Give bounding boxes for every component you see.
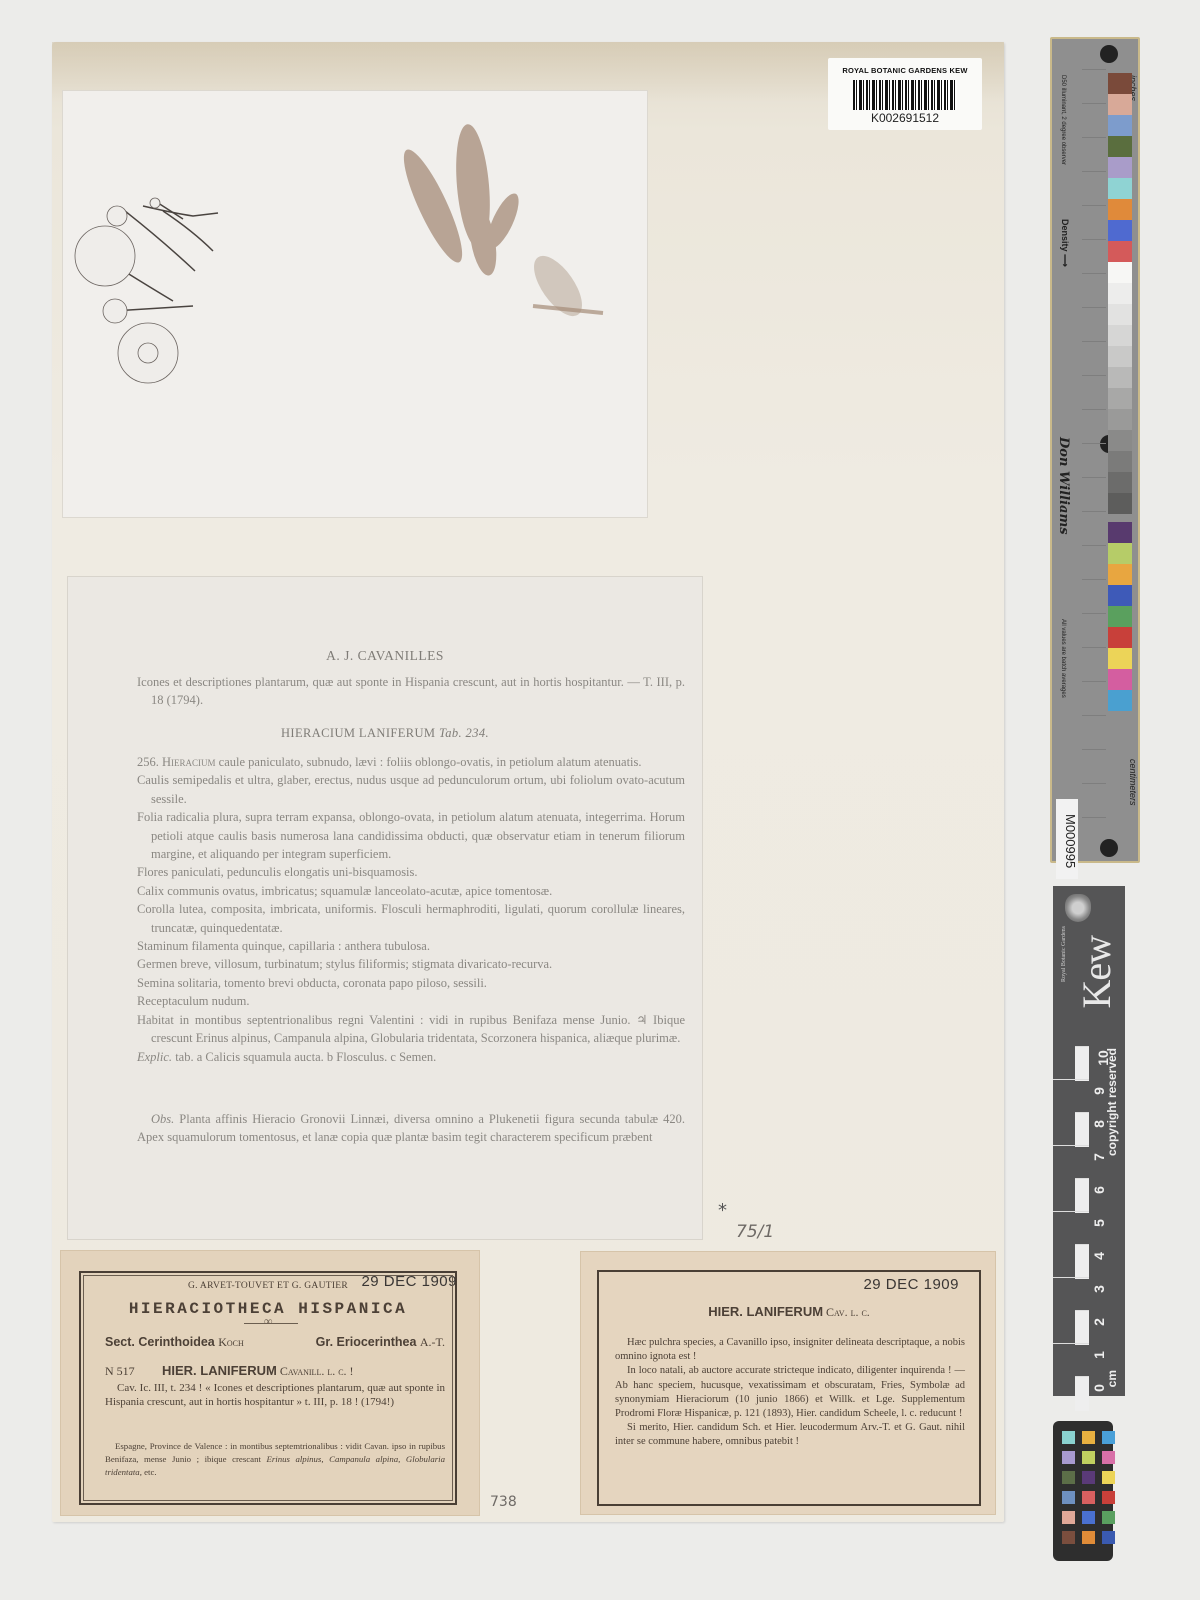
- taxon-name: HIER. LANIFERUM: [162, 1363, 277, 1378]
- ruler-segment: [1053, 1211, 1089, 1246]
- checker-cell: [1062, 1431, 1075, 1444]
- color-calibration-strip: inches D50 illuminant, 2 degree observer…: [1050, 37, 1140, 863]
- checker-cell: [1062, 1471, 1075, 1484]
- barcode-label: ROYAL BOTANIC GARDENS KEW K002691512: [828, 58, 982, 130]
- label-frame: 29 DEC 1909 HIER. LANIFERUM Cav. l. c. H…: [597, 1270, 981, 1506]
- color-patch: [1108, 648, 1132, 669]
- checker-cell: [1062, 1451, 1075, 1464]
- group: Gr. Eriocerinthea A.-T.: [316, 1335, 445, 1350]
- checker-cell: [1102, 1531, 1115, 1544]
- institution-name: ROYAL BOTANIC GARDENS KEW: [828, 66, 982, 75]
- label-frame: G. ARVET-TOUVET ET G. GAUTIER 29 DEC 190…: [79, 1271, 457, 1505]
- species-name: HIERACIUM LANIFERUM: [281, 726, 435, 740]
- description-paragraph: Germen breve, villosum, turbinatum; styl…: [137, 955, 685, 973]
- checker-grid: [1062, 1431, 1115, 1544]
- checker-cell: [1082, 1491, 1095, 1504]
- color-patch: [1108, 178, 1132, 199]
- illuminant-label: D50 illuminant, 2 degree observer: [1060, 75, 1066, 165]
- obs-paragraph: Obs. Planta affinis Hieracio Gronovii Li…: [137, 1110, 685, 1147]
- ruler-segment: [1075, 1310, 1089, 1345]
- color-patches: [1108, 73, 1132, 711]
- ruler-digit: 5: [1091, 1219, 1107, 1227]
- checker-cell: [1062, 1511, 1075, 1524]
- checker-cell: [1062, 1531, 1075, 1544]
- checker-cell: [1082, 1471, 1095, 1484]
- taxon-title: HIER. LANIFERUM Cav. l. c.: [599, 1304, 979, 1320]
- color-patch: [1108, 627, 1132, 648]
- checker-cell: [1082, 1511, 1095, 1524]
- color-patch: [1108, 388, 1132, 409]
- checker-cell: [1102, 1491, 1115, 1504]
- color-patch: [1108, 543, 1132, 564]
- description-paragraph: Receptaculum nudum.: [137, 992, 685, 1010]
- color-patch: [1108, 522, 1132, 543]
- color-patch: [1108, 606, 1132, 627]
- explic-paragraph: Explic. tab. a Calicis squamula aucta. b…: [137, 1048, 685, 1066]
- ruler-segment: [1053, 1145, 1089, 1180]
- color-patch: [1108, 585, 1132, 606]
- description-paragraph: Folia radicalia plura, supra terram expa…: [137, 808, 685, 863]
- ruler-digit: 2: [1091, 1318, 1107, 1326]
- ruler-segment: [1075, 1376, 1089, 1411]
- mount-hole: [1100, 839, 1118, 857]
- description-paragraph: Calix communis ovatus, imbricatus; squam…: [137, 882, 685, 900]
- section-line: Sect. Cerinthoidea Koch Gr. Eriocerinthe…: [105, 1335, 445, 1350]
- ruler-segment: [1053, 1343, 1089, 1378]
- brand-name: Don Williams: [1056, 437, 1071, 535]
- values-note: All values are batch averages: [1060, 619, 1066, 698]
- description-paragraph: Semina solitaria, tomento brevi obducta,…: [137, 974, 685, 992]
- color-patch: [1108, 241, 1132, 262]
- color-patch: [1108, 136, 1132, 157]
- ruler-segment: [1075, 1112, 1089, 1147]
- color-patch: [1108, 115, 1132, 136]
- description-paragraph: Habitat in montibus septentrionalibus re…: [137, 1011, 685, 1048]
- label-species-title: HIERACIUM LANIFERUM Tab. 234.: [68, 724, 702, 742]
- ref-number: M000995: [1056, 799, 1078, 879]
- ruler-ticks: [1053, 1046, 1089, 1396]
- kew-scale-ruler: Royal Botanic Gardens Kew 109876543210 c…: [1053, 886, 1125, 1396]
- color-patch: [1108, 157, 1132, 178]
- color-patch: [1108, 367, 1132, 388]
- series-title: HIERACIOTHECA HISPANICA: [81, 1300, 455, 1318]
- barcode-bars: [853, 80, 957, 110]
- kew-logo: Kew: [1073, 936, 1120, 1009]
- ruler-segment: [1075, 1244, 1089, 1279]
- color-patch: [1108, 73, 1132, 94]
- color-patch: [1108, 94, 1132, 115]
- cavanilles-printed-label: A. J. CAVANILLES Icones et descriptiones…: [67, 576, 703, 1240]
- ornament-divider: [244, 1323, 298, 1329]
- copyright-caption: copyright reserved: [1105, 1048, 1119, 1156]
- color-patch: [1108, 283, 1132, 304]
- section: Sect. Cerinthoidea Koch: [105, 1335, 244, 1350]
- ruler-digit: 3: [1091, 1285, 1107, 1293]
- checker-cell: [1102, 1511, 1115, 1524]
- handwritten-number: 738: [490, 1494, 517, 1510]
- description-paragraph: Corolla lutea, composita, imbricata, uni…: [137, 900, 685, 937]
- date-stamp: 29 DEC 1909: [361, 1273, 457, 1290]
- ruler-institution: Royal Botanic Gardens: [1061, 926, 1067, 982]
- color-patch: [1108, 451, 1132, 472]
- mount-hole: [1100, 45, 1118, 63]
- ruler-segment: [1075, 1046, 1089, 1081]
- taxon-author: Cavanill. l. c. !: [280, 1364, 354, 1378]
- species-tab: Tab. 234.: [439, 726, 489, 740]
- color-patch: [1108, 493, 1132, 514]
- hieracium-drawing: [63, 91, 649, 519]
- checker-cell: [1102, 1431, 1115, 1444]
- color-patch: [1108, 430, 1132, 451]
- label-author: A. J. CAVANILLES: [68, 647, 702, 665]
- description-paragraph: Staminum filamenta quinque, capillaria :…: [137, 937, 685, 955]
- centimeters-label: centimeters: [1128, 759, 1138, 806]
- color-patch: [1108, 564, 1132, 585]
- kew-crest-icon: [1065, 894, 1091, 922]
- ruler-digit: 1: [1091, 1351, 1107, 1359]
- density-label: Density ⟶: [1060, 219, 1070, 267]
- color-patch: [1108, 409, 1132, 430]
- checker-cell: [1102, 1471, 1115, 1484]
- label-commentary: Hæc pulchra species, a Cavanillo ipso, i…: [615, 1336, 965, 1450]
- color-checker-card: [1053, 1421, 1113, 1561]
- color-patch: [1108, 669, 1132, 690]
- commentary-paragraph: In loco natali, ab auctore accurate stri…: [615, 1364, 965, 1421]
- taxon-line: N 517 HIER. LANIFERUM Cavanill. l. c. !: [105, 1363, 445, 1379]
- label-description: 256. Hieracium caule paniculato, subnudo…: [137, 753, 685, 1066]
- commentary-paragraph: Hæc pulchra species, a Cavanillo ipso, i…: [615, 1336, 965, 1364]
- checker-cell: [1082, 1451, 1095, 1464]
- plant-illustration: [62, 90, 648, 518]
- date-stamp: 29 DEC 1909: [863, 1276, 959, 1293]
- description-paragraph: 256. Hieracium caule paniculato, subnudo…: [137, 753, 685, 771]
- color-patch: [1108, 262, 1132, 283]
- color-patch: [1108, 472, 1132, 493]
- locality: Espagne, Province de Valence : in montib…: [105, 1440, 445, 1479]
- ruler-digit: 6: [1091, 1186, 1107, 1194]
- color-patch: [1108, 304, 1132, 325]
- color-patch: [1108, 220, 1132, 241]
- ruler-segment: [1053, 1277, 1089, 1312]
- ruler-digit: 4: [1091, 1252, 1107, 1260]
- exsiccata-label-right: 29 DEC 1909 HIER. LANIFERUM Cav. l. c. H…: [580, 1251, 996, 1515]
- color-patch: [1108, 690, 1132, 711]
- checker-cell: [1062, 1491, 1075, 1504]
- handwritten-asterisk: *: [718, 1200, 727, 1221]
- exsiccata-label-left: G. ARVET-TOUVET ET G. GAUTIER 29 DEC 190…: [60, 1250, 480, 1516]
- exsiccata-number: N 517: [105, 1364, 159, 1379]
- collectors: G. ARVET-TOUVET ET G. GAUTIER: [81, 1281, 455, 1291]
- unit-label: cm: [1105, 1370, 1119, 1387]
- description-paragraph: Flores paniculati, pedunculis elongatis …: [137, 863, 685, 881]
- color-patch: [1108, 199, 1132, 220]
- handwritten-note: 75/1: [736, 1222, 774, 1242]
- barcode-number: K002691512: [828, 111, 982, 125]
- color-patch: [1108, 325, 1132, 346]
- description-paragraph: Caulis semipedalis et ultra, glaber, ere…: [137, 771, 685, 808]
- checker-cell: [1082, 1431, 1095, 1444]
- citation: Cav. Ic. III, t. 234 ! « Icones et descr…: [105, 1381, 445, 1409]
- value-column: [1082, 69, 1106, 829]
- label-reference: Icones et descriptiones plantarum, quæ a…: [137, 673, 685, 710]
- checker-cell: [1082, 1531, 1095, 1544]
- commentary-paragraph: Si merito, Hier. candidum Sch. et Hier. …: [615, 1421, 965, 1449]
- ruler-segment: [1075, 1178, 1089, 1213]
- ruler-segment: [1053, 1079, 1089, 1114]
- color-patch: [1108, 346, 1132, 367]
- checker-cell: [1102, 1451, 1115, 1464]
